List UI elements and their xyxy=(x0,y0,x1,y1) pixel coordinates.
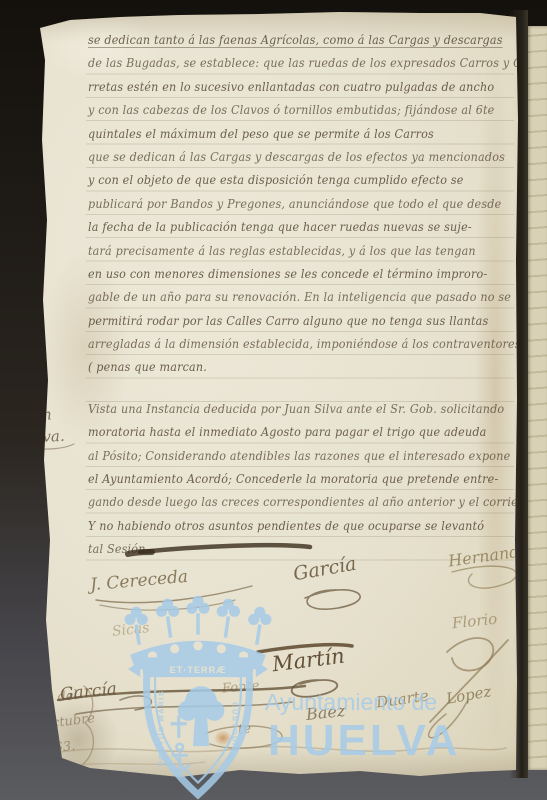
margin-note-line: Silva. xyxy=(22,425,65,449)
signature: te xyxy=(237,722,251,738)
body-line: quintales el máximum del peso que se per… xyxy=(88,127,488,150)
body-line: el Ayuntamiento Acordó; Concederle la mo… xyxy=(88,472,488,495)
body-line: que se dedican á las Cargas y descargas … xyxy=(88,150,488,173)
body-line: tal Sesión xyxy=(88,542,488,565)
margin-note-petitioner: Juan Silva. xyxy=(17,403,65,449)
body-line: Vista una Instancia deducida por Juan Si… xyxy=(88,402,488,425)
body-line: permitirá rodar por las Calles Carro alg… xyxy=(88,314,488,337)
body-line: ( penas que marcan. xyxy=(88,360,488,383)
body-line: arregladas á la dimensión establecida, i… xyxy=(88,337,488,360)
archive-photo: se dedican tanto á las faenas Agrícolas,… xyxy=(0,0,547,800)
body-line: y con el objeto de que esta disposición … xyxy=(88,173,488,196)
handwritten-body: se dedican tanto á las faenas Agrícolas,… xyxy=(88,33,518,566)
body-line: de las Bugadas, se establece: que las ru… xyxy=(88,56,488,79)
body-line: tará precisamente á las reglas estableci… xyxy=(88,244,488,267)
next-page-edge xyxy=(527,26,547,770)
body-line: y con las cabezas de los Clavos ó tornil… xyxy=(88,103,488,126)
body-line: al Pósito; Considerando atendibles las r… xyxy=(88,449,488,472)
body-line: se dedican tanto á las faenas Agrícolas,… xyxy=(88,33,488,56)
body-line: en uso con menores dimensiones se les co… xyxy=(88,267,488,290)
body-line: moratoria hasta el inmediato Agosto para… xyxy=(88,425,488,448)
body-line: publicará por Bandos y Pregones, anunciá… xyxy=(88,197,488,220)
body-line: Y no habiendo otros asuntos pendientes d… xyxy=(88,519,488,542)
margin-note-line: Juan xyxy=(17,403,64,427)
body-line: gable de un año para su renovación. En l… xyxy=(88,290,488,313)
body-line: rretas estén en lo sucesivo enllantadas … xyxy=(88,80,488,103)
body-line: la fecha de la publicación tenga que hac… xyxy=(88,220,488,243)
manuscript-page: se dedican tanto á las faenas Agrícolas,… xyxy=(0,0,547,800)
body-line: gando desde luego las creces correspondi… xyxy=(88,495,488,518)
